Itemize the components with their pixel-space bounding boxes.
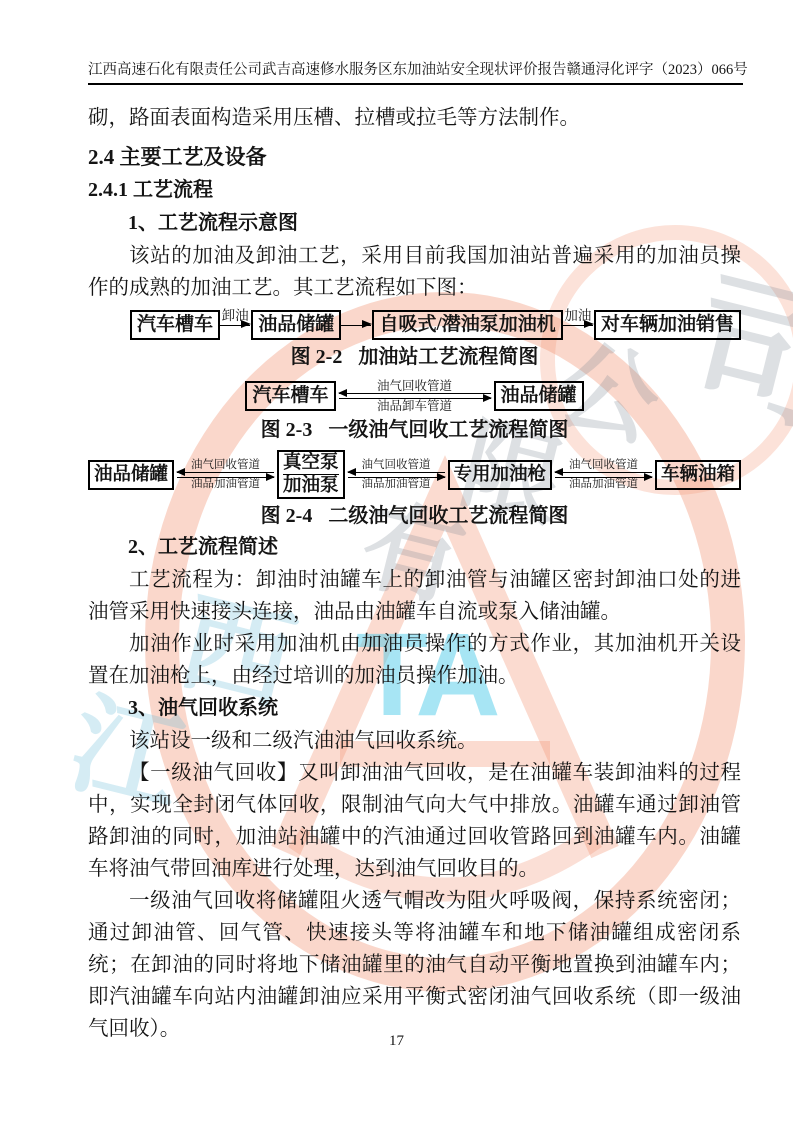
pipe-label: 油品加油管道	[555, 478, 652, 491]
figure-2-4-caption: 图 2-4二级油气回收工艺流程简图	[88, 502, 741, 530]
page-number: 17	[0, 1033, 793, 1050]
flow-box-vacuum-pump-fuel-pump: 真空泵 加油泵	[277, 450, 345, 499]
flow-arrow-refuel: 加油	[563, 325, 593, 326]
flow-box-storage-tank: 油品储罐	[494, 381, 584, 411]
oil-fueling-lane: 油品加油管道	[555, 477, 652, 491]
document-page: TA 有 限 公 司 江 西 江西高速石化有限责任公司武吉高速修水服务区东加油站…	[0, 0, 793, 1122]
flow-arrow-label: 加油	[564, 309, 591, 323]
pipe-connector: 油气回收管道 油品卸车管道	[336, 379, 494, 413]
heading-item-2: 2、工艺流程简述	[88, 534, 741, 560]
figure-number: 图 2-4	[261, 505, 313, 527]
flow-box-vehicle-tank: 车辆油箱	[655, 460, 741, 490]
paragraph-4: 该站设一级和二级汽油油气回收系统。	[88, 725, 741, 757]
fuel-pump-label: 加油泵	[283, 476, 339, 496]
arrow-right-icon	[348, 477, 445, 478]
flow-box-storage-tank: 油品储罐	[88, 460, 174, 490]
vapor-recovery-lane: 油气回收管道	[555, 459, 652, 473]
paragraph-1: 该站的加油及卸油工艺，采用目前我国加油站普遍采用的加油员操作的成熟的加油工艺。其…	[88, 240, 741, 304]
pipe-connector: 油气回收管道 油品加油管道	[345, 459, 448, 491]
figure-title: 加油站工艺流程简图	[358, 346, 538, 368]
pipe-label: 油气回收管道	[339, 379, 491, 393]
pipe-label: 油气回收管道	[555, 459, 652, 472]
header-document-number: 赣通浔化评字（2023）066号	[567, 60, 748, 80]
vacuum-pump-label: 真空泵	[283, 452, 339, 475]
figure-2-3-caption: 图 2-3一级油气回收工艺流程简图	[88, 416, 741, 444]
paragraph-6: 一级油气回收将储罐阻火透气帽改为阻火呼吸阀，保持系统密闭；通过卸油管、回气管、快…	[88, 885, 741, 1045]
flow-arrow-unload: 卸油	[220, 325, 250, 326]
flow-box-tank-truck: 汽车槽车	[130, 310, 220, 340]
pipe-connector: 油气回收管道 油品加油管道	[552, 459, 655, 491]
heading-item-1: 1、工艺流程示意图	[88, 210, 741, 236]
figure-title: 一级油气回收工艺流程简图	[328, 419, 568, 441]
pipe-label: 油气回收管道	[177, 459, 274, 472]
figure-number: 图 2-2	[291, 346, 343, 368]
arrow-left-icon	[348, 472, 445, 473]
heading-section-2-4: 2.4 主要工艺及设备	[88, 144, 741, 170]
page-content: 砌，路面表面构造采用压槽、拉槽或拉毛等方法制作。 2.4 主要工艺及设备 2.4…	[88, 102, 741, 1045]
arrow-left-icon	[339, 393, 491, 394]
paragraph-2: 工艺流程为：卸油时油罐车上的卸油管与油罐区密封卸油口处的进油管采用快速接头连接，…	[88, 564, 741, 628]
heading-item-3: 3、油气回收系统	[88, 695, 741, 721]
figure-number: 图 2-3	[261, 419, 313, 441]
vapor-recovery-lane: 油气回收管道	[348, 459, 445, 473]
flow-box-storage-tank: 油品储罐	[251, 310, 341, 340]
flow-arrow-label: 卸油	[222, 309, 249, 323]
figure-title: 二级油气回收工艺流程简图	[328, 505, 568, 527]
figure-2-2-caption: 图 2-2加油站工艺流程简图	[88, 343, 741, 371]
flow-arrow-plain	[341, 325, 371, 326]
paragraph-intro: 砌，路面表面构造采用压槽、拉槽或拉毛等方法制作。	[88, 102, 741, 134]
page-header: 江西高速石化有限责任公司武吉高速修水服务区东加油站安全现状评价报告 赣通浔化评字…	[88, 60, 743, 85]
oil-fueling-lane: 油品加油管道	[177, 477, 274, 491]
oil-unloading-lane: 油品卸车管道	[339, 398, 491, 413]
heading-section-2-4-1: 2.4.1 工艺流程	[88, 177, 741, 203]
flow-box-tank-truck: 汽车槽车	[245, 381, 335, 411]
arrow-right-icon	[339, 398, 491, 399]
figure-2-4-diagram: 油品储罐 油气回收管道 油品加油管道 真空泵 加油泵 油气回收管道	[88, 450, 741, 499]
oil-fueling-lane: 油品加油管道	[348, 477, 445, 491]
figure-2-2-diagram: 汽车槽车 卸油 油品储罐 自吸式/潜油泵加油机 加油 对车辆加油销售	[88, 310, 741, 340]
arrow-left-icon	[555, 472, 652, 473]
flow-box-vehicle-sales: 对车辆加油销售	[594, 310, 741, 340]
pipe-label: 油品加油管道	[348, 478, 445, 491]
pipe-connector: 油气回收管道 油品加油管道	[174, 459, 277, 491]
paragraph-5: 【一级油气回收】又叫卸油油气回收，是在油罐车装卸油料的过程中，实现全封闭气体回收…	[88, 757, 741, 885]
figure-2-3-diagram: 汽车槽车 油气回收管道 油品卸车管道 油品储罐	[245, 379, 583, 413]
pipe-label: 油气回收管道	[348, 459, 445, 472]
pipe-label: 油品加油管道	[177, 478, 274, 491]
arrow-right-icon	[555, 477, 652, 478]
paragraph-3: 加油作业时采用加油机由加油员操作的方式作业，其加油机开关设置在加油枪上，由经过培…	[88, 628, 741, 692]
arrow-left-icon	[177, 472, 274, 473]
flow-box-nozzle: 专用加油枪	[448, 460, 553, 490]
header-report-title: 江西高速石化有限责任公司武吉高速修水服务区东加油站安全现状评价报告	[88, 60, 567, 80]
vapor-recovery-lane: 油气回收管道	[177, 459, 274, 473]
flow-box-dispenser: 自吸式/潜油泵加油机	[372, 310, 562, 340]
arrow-right-icon	[177, 477, 274, 478]
vapor-recovery-lane: 油气回收管道	[339, 379, 491, 394]
pipe-label: 油品卸车管道	[339, 399, 491, 413]
